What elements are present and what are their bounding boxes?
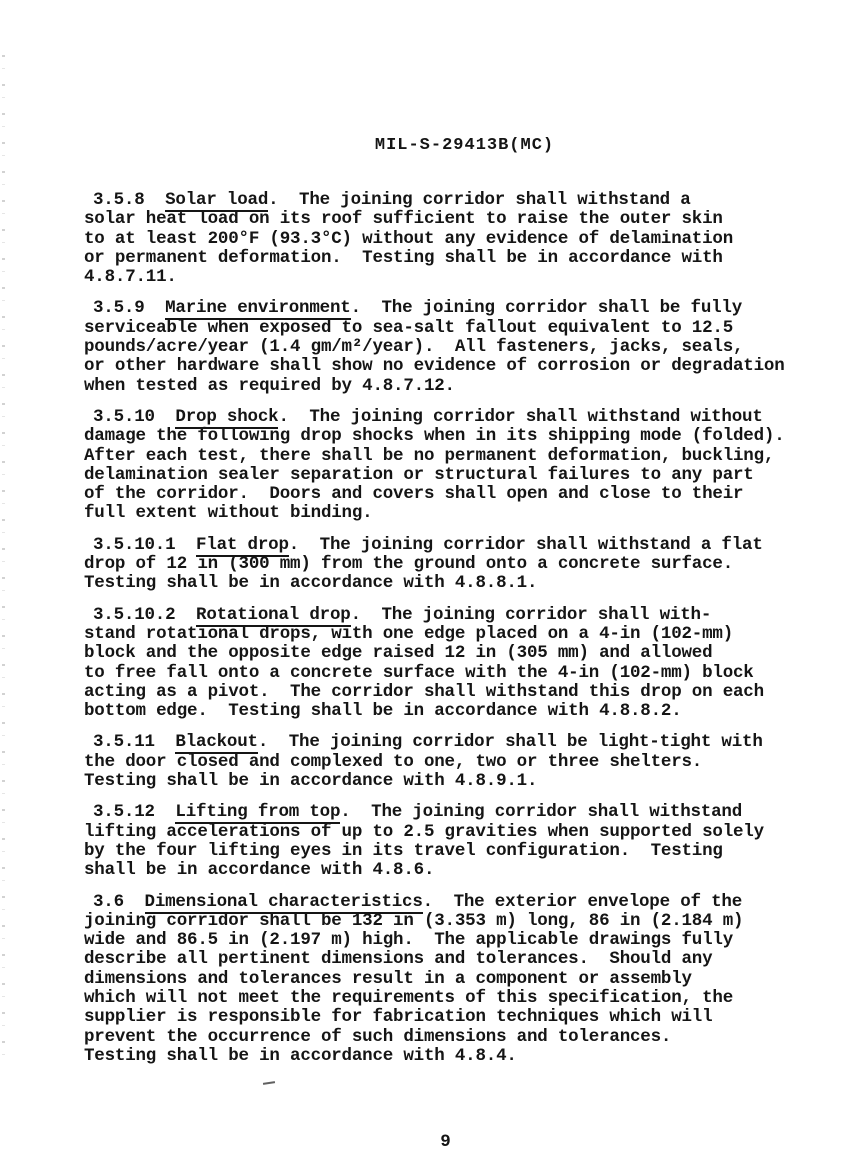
- text-line: 4.8.7.11.: [84, 268, 805, 287]
- section-heading-line: 3.5.8 Solar load. The joining corridor s…: [84, 191, 805, 210]
- section-3-5-12: 3.5.12 Lifting from top. The joining cor…: [84, 803, 805, 880]
- text-line: full extent without binding.: [84, 504, 805, 523]
- section-number: 3.6: [93, 892, 145, 912]
- section-heading-line: 3.5.12 Lifting from top. The joining cor…: [84, 803, 805, 822]
- text-line: pounds/acre/year (1.4 gm/m²/year). All f…: [84, 338, 805, 357]
- text-line: when tested as required by 4.8.7.12.: [84, 377, 805, 396]
- text-line: Testing shall be in accordance with 4.8.…: [84, 574, 805, 593]
- text-line: After each test, there shall be no perma…: [84, 447, 805, 466]
- text-line: supplier is responsible for fabrication …: [84, 1008, 805, 1027]
- text-line: damage the following drop shocks when in…: [84, 427, 805, 446]
- section-text: . The exterior envelope of the: [423, 892, 742, 912]
- section-text: . The joining corridor shall withstand: [340, 802, 742, 822]
- section-number: 3.5.11: [93, 732, 175, 752]
- section-title: Lifting from top: [175, 802, 340, 824]
- text-line: bottom edge. Testing shall be in accorda…: [84, 702, 805, 721]
- section-number: 3.5.10.1: [93, 535, 196, 555]
- text-line: describe all pertinent dimensions and to…: [84, 950, 805, 969]
- section-number: 3.5.9: [93, 298, 165, 318]
- section-text: . The joining corridor shall withstand a: [268, 190, 690, 210]
- text-line: to at least 200°F (93.3°C) without any e…: [84, 230, 805, 249]
- scan-artifact-dash: [263, 1081, 275, 1085]
- text-line: by the four lifting eyes in its travel c…: [84, 842, 805, 861]
- text-line: or other hardware shall show no evidence…: [84, 357, 805, 376]
- text-line: solar heat load on its roof sufficient t…: [84, 210, 805, 229]
- section-text: . The joining corridor shall with-: [351, 605, 712, 625]
- text-line: Testing shall be in accordance with 4.8.…: [84, 1047, 805, 1066]
- section-heading-line: 3.5.9 Marine environment. The joining co…: [84, 299, 805, 318]
- section-heading-line: 3.5.10 Drop shock. The joining corridor …: [84, 408, 805, 427]
- section-number: 3.5.10.2: [93, 605, 196, 625]
- text-line: wide and 86.5 in (2.197 m) high. The app…: [84, 931, 805, 950]
- section-text: . The joining corridor shall be fully: [351, 298, 742, 318]
- text-line: Testing shall be in accordance with 4.8.…: [84, 772, 805, 791]
- page-number: 9: [50, 1132, 841, 1152]
- text-line: lifting accelerations of up to 2.5 gravi…: [84, 823, 805, 842]
- section-3-5-11: 3.5.11 Blackout. The joining corridor sh…: [84, 733, 805, 791]
- section-heading-line: 3.6 Dimensional characteristics. The ext…: [84, 893, 805, 912]
- doc-id-header: MIL-S-29413B(MC): [84, 136, 805, 155]
- section-heading-line: 3.5.10.1 Flat drop. The joining corridor…: [84, 536, 805, 555]
- section-3-5-10: 3.5.10 Drop shock. The joining corridor …: [84, 408, 805, 524]
- section-text: . The joining corridor shall be light-ti…: [258, 732, 763, 752]
- text-line: stand rotational drops, with one edge pl…: [84, 625, 805, 644]
- section-3-5-10-1: 3.5.10.1 Flat drop. The joining corridor…: [84, 536, 805, 594]
- text-line: acting as a pivot. The corridor shall wi…: [84, 683, 805, 702]
- section-number: 3.5.10: [93, 407, 175, 427]
- section-heading-line: 3.5.10.2 Rotational drop. The joining co…: [84, 606, 805, 625]
- text-line: which will not meet the requirements of …: [84, 989, 805, 1008]
- text-line: the door closed and complexed to one, tw…: [84, 753, 805, 772]
- text-line: joining corridor shall be 132 in (3.353 …: [84, 912, 805, 931]
- section-3-5-9: 3.5.9 Marine environment. The joining co…: [84, 299, 805, 395]
- text-line: dimensions and tolerances result in a co…: [84, 970, 805, 989]
- section-3-5-8: 3.5.8 Solar load. The joining corridor s…: [84, 191, 805, 287]
- section-number: 3.5.8: [93, 190, 165, 210]
- document-body: 3.5.8 Solar load. The joining corridor s…: [84, 191, 805, 1066]
- text-line: delamination sealer separation or struct…: [84, 466, 805, 485]
- text-line: drop of 12 in (300 mm) from the ground o…: [84, 555, 805, 574]
- scan-artifact-left-edge: [2, 55, 5, 1065]
- section-text: . The joining corridor shall withstand a…: [289, 535, 763, 555]
- text-line: to free fall onto a concrete surface wit…: [84, 664, 805, 683]
- section-3-5-10-2: 3.5.10.2 Rotational drop. The joining co…: [84, 606, 805, 722]
- document-page: MIL-S-29413B(MC) 3.5.8 Solar load. The j…: [0, 0, 841, 1158]
- text-line: or permanent deformation. Testing shall …: [84, 249, 805, 268]
- section-text: . The joining corridor shall withstand w…: [278, 407, 762, 427]
- section-heading-line: 3.5.11 Blackout. The joining corridor sh…: [84, 733, 805, 752]
- text-line: shall be in accordance with 4.8.6.: [84, 861, 805, 880]
- text-line: serviceable when exposed to sea-salt fal…: [84, 319, 805, 338]
- section-3-6: 3.6 Dimensional characteristics. The ext…: [84, 893, 805, 1067]
- section-number: 3.5.12: [93, 802, 175, 822]
- text-line: of the corridor. Doors and covers shall …: [84, 485, 805, 504]
- text-line: block and the opposite edge raised 12 in…: [84, 644, 805, 663]
- text-line: prevent the occurrence of such dimension…: [84, 1028, 805, 1047]
